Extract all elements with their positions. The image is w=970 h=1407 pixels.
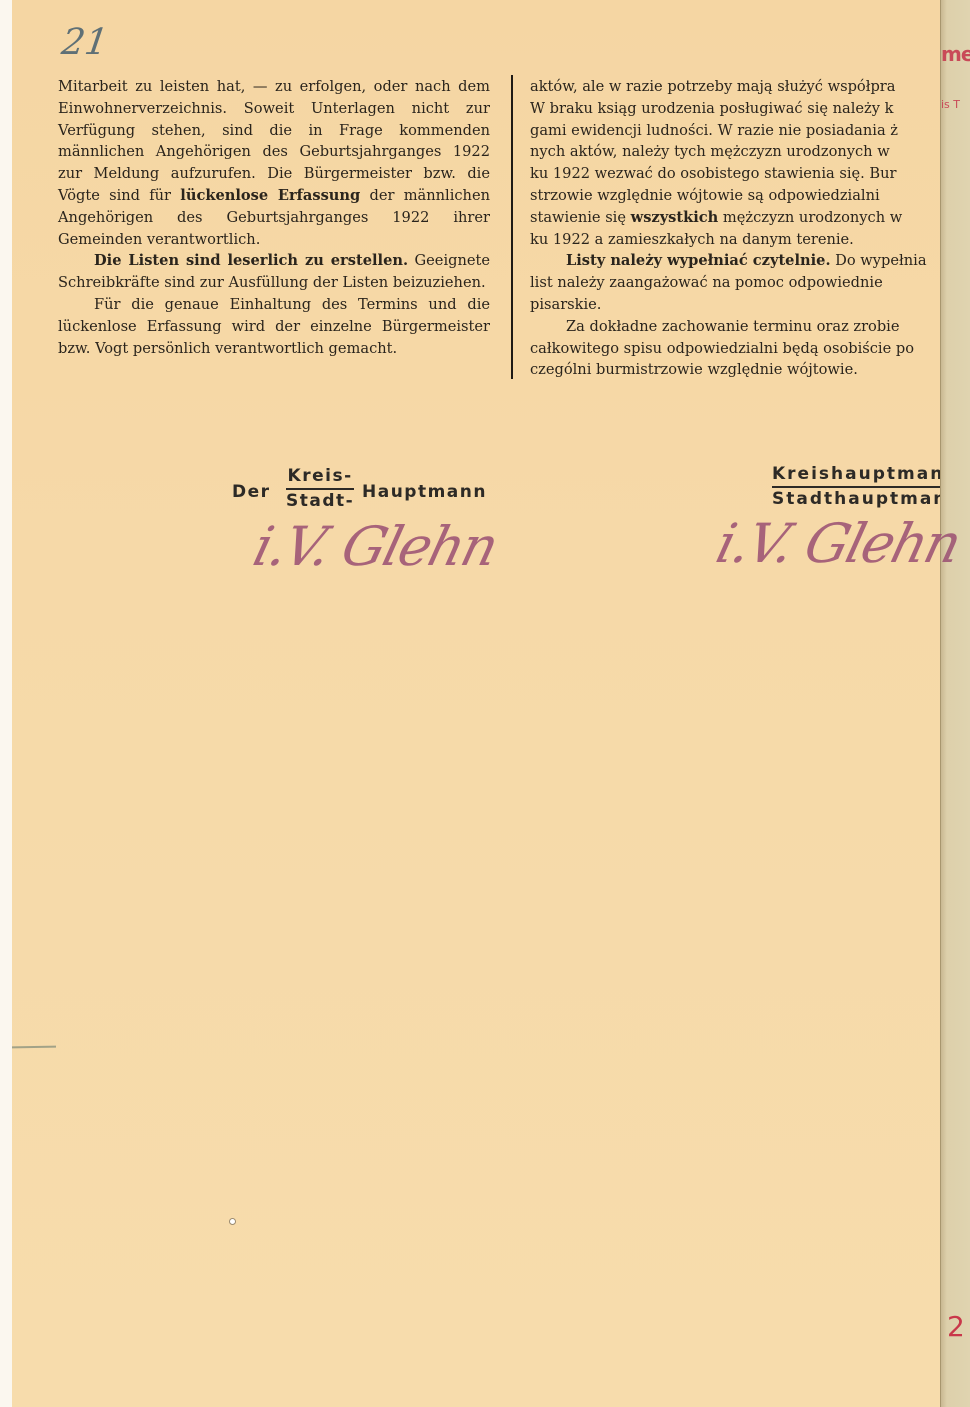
text-line: całkowitego spisu odpowiedzialni będą os… (530, 338, 940, 360)
handwritten-page-number: 21 (59, 22, 111, 63)
text-line: aktów, ale w razie potrzeby mają służyć … (530, 76, 940, 98)
polish-text-column: aktów, ale w razie potrzeby mają służyć … (530, 76, 940, 381)
text-line: nych aktów, należy tych mężczyzn urodzon… (530, 141, 940, 163)
text: aktów, ale w razie potrzeby mają służyć … (530, 78, 895, 95)
handwritten-signature-left: i.V. Glehn (247, 515, 503, 578)
paper-hole (229, 1218, 236, 1225)
text-line: list należy zaangażować na pomoc odpowie… (530, 272, 940, 294)
text: Mitarbeit zu leisten hat, — zu erfolgen,… (58, 78, 490, 204)
text: mężczyzn urodzonych w (718, 209, 902, 226)
handwritten-red-number: 2 (947, 1310, 965, 1343)
hauptmann-label: Hauptmann (362, 482, 487, 502)
red-stamp-fragment: mein (941, 42, 970, 66)
signature-block-polish: Kreishauptmann Stadthauptmann (772, 464, 940, 509)
text-line: pisarskie. (530, 294, 940, 316)
text: gami ewidencji ludności. W razie nie pos… (530, 122, 898, 139)
text: ku 1922 a zamieszkałych na danym terenie… (530, 231, 854, 248)
paragraph: Die Listen sind leserlich zu erstellen. … (58, 250, 490, 294)
bold-text: wszystkich (631, 209, 719, 226)
kreishauptmann-label: Kreishauptmann (772, 464, 940, 488)
text: pisarskie. (530, 296, 601, 313)
stadthauptmann-label: Stadthauptmann (772, 488, 940, 509)
fraction-stadt: Stadt- (286, 490, 354, 511)
handwritten-signature-right: i.V. Glehn (710, 512, 966, 575)
text: całkowitego spisu odpowiedzialni będą os… (530, 340, 914, 357)
bold-text: Die Listen sind leserlich zu erstellen. (94, 252, 408, 269)
red-stamp-fragment-small: is T (941, 98, 960, 111)
text: list należy zaangażować na pomoc odpowie… (530, 274, 883, 291)
column-divider (511, 75, 513, 379)
paragraph: Für die genaue Einhaltung des Termins un… (58, 294, 490, 359)
text: Za dokładne zachowanie terminu oraz zrob… (566, 318, 900, 335)
text: ku 1922 wezwać do osobistego stawienia s… (530, 165, 897, 182)
text-line: strzowie względnie wójtowie są odpowiedz… (530, 185, 940, 207)
paragraph: Mitarbeit zu leisten hat, — zu erfolgen,… (58, 76, 490, 250)
text: stawienie się (530, 209, 631, 226)
text: Für die genaue Einhaltung des Termins un… (58, 296, 490, 357)
underlying-page-edge: mein is T 2 (940, 0, 970, 1407)
der-label: Der (232, 482, 271, 502)
text-line: W braku ksiąg urodzenia posługiwać się n… (530, 98, 940, 120)
german-text-column: Mitarbeit zu leisten hat, — zu erfolgen,… (58, 76, 490, 359)
bold-text: Listy należy wypełniać czytelnie. (566, 252, 831, 269)
text-line: Za dokładne zachowanie terminu oraz zrob… (530, 316, 940, 338)
text-line: ku 1922 a zamieszkałych na danym terenie… (530, 229, 940, 251)
kreis-stadt-fraction: Kreis- Stadt- (286, 466, 354, 511)
text-line: czególni burmistrzowie względnie wójtowi… (530, 359, 940, 381)
text-line: gami ewidencji ludności. W razie nie pos… (530, 120, 940, 142)
text-line: Listy należy wypełniać czytelnie. Do wyp… (530, 250, 940, 272)
text: W braku ksiąg urodzenia posługiwać się n… (530, 100, 893, 117)
scan-white-edge (0, 0, 12, 1407)
text-line: ku 1922 wezwać do osobistego stawienia s… (530, 163, 940, 185)
bold-text: lückenlose Erfassung (180, 187, 360, 204)
text-line: stawienie się wszystkich mężczyzn urodzo… (530, 207, 940, 229)
text: Do wypełnia (831, 252, 927, 269)
text: strzowie względnie wójtowie są odpowiedz… (530, 187, 880, 204)
text: czególni burmistrzowie względnie wójtowi… (530, 361, 858, 378)
fraction-kreis: Kreis- (286, 466, 354, 490)
text: nych aktów, należy tych mężczyzn urodzon… (530, 143, 890, 160)
